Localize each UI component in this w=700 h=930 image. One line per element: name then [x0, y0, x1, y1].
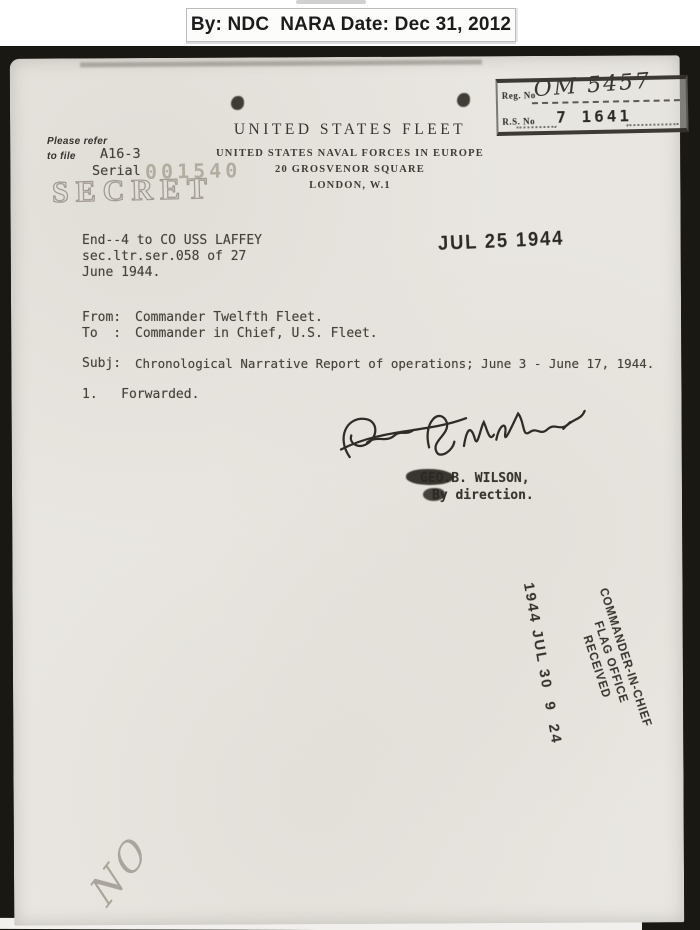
typed-signer-title: By direction.	[432, 488, 534, 503]
body-paragraph: 1. Forwarded.	[82, 387, 199, 402]
endorsement-block: End--4 to CO USS LAFFEYsec.ltr.ser.058 o…	[82, 233, 262, 281]
ink-dot	[231, 96, 244, 110]
subject-label: Subj:	[82, 356, 121, 371]
endorsement-line1: End--4 to CO USS LAFFEY	[82, 233, 262, 248]
to-label: To :	[82, 326, 121, 341]
rs-no-value-stamped: 7 1641	[556, 106, 632, 127]
endorsement-line2: sec.ltr.ser.058 of 27	[82, 249, 246, 264]
from-value: Commander Twelfth Fleet.	[135, 310, 323, 325]
letterhead-fleet: UNITED STATES FLEET	[150, 121, 550, 139]
dotted-line	[626, 123, 678, 126]
subject-value: Chronological Narrative Report of operat…	[135, 356, 654, 371]
secret-classification-stamp: SECRET	[52, 172, 215, 210]
from-label: From:	[82, 310, 121, 325]
refer-note-line1: Please refer	[47, 136, 107, 147]
to-value: Commander in Chief, U.S. Fleet.	[135, 326, 378, 341]
refer-note-line2: to file	[47, 151, 76, 162]
ink-dot	[457, 93, 470, 107]
reg-no-label: Reg. No	[502, 90, 536, 101]
declassification-banner: By: NDC NARA Date: Dec 31, 2012	[186, 8, 516, 42]
endorsement-line3: June 1944.	[82, 265, 160, 280]
scanned-document-page: By: NDC NARA Date: Dec 31, 2012 Reg. No …	[0, 0, 700, 930]
letterhead-forces: UNITED STATES NAVAL FORCES IN EUROPE	[150, 148, 550, 159]
file-number: A16-3	[100, 146, 141, 162]
declassification-text: By: NDC NARA Date: Dec 31, 2012	[191, 14, 511, 36]
ink-smudge	[406, 469, 454, 485]
scan-artifact-smudge	[296, 0, 366, 4]
handwritten-signature	[332, 398, 588, 470]
